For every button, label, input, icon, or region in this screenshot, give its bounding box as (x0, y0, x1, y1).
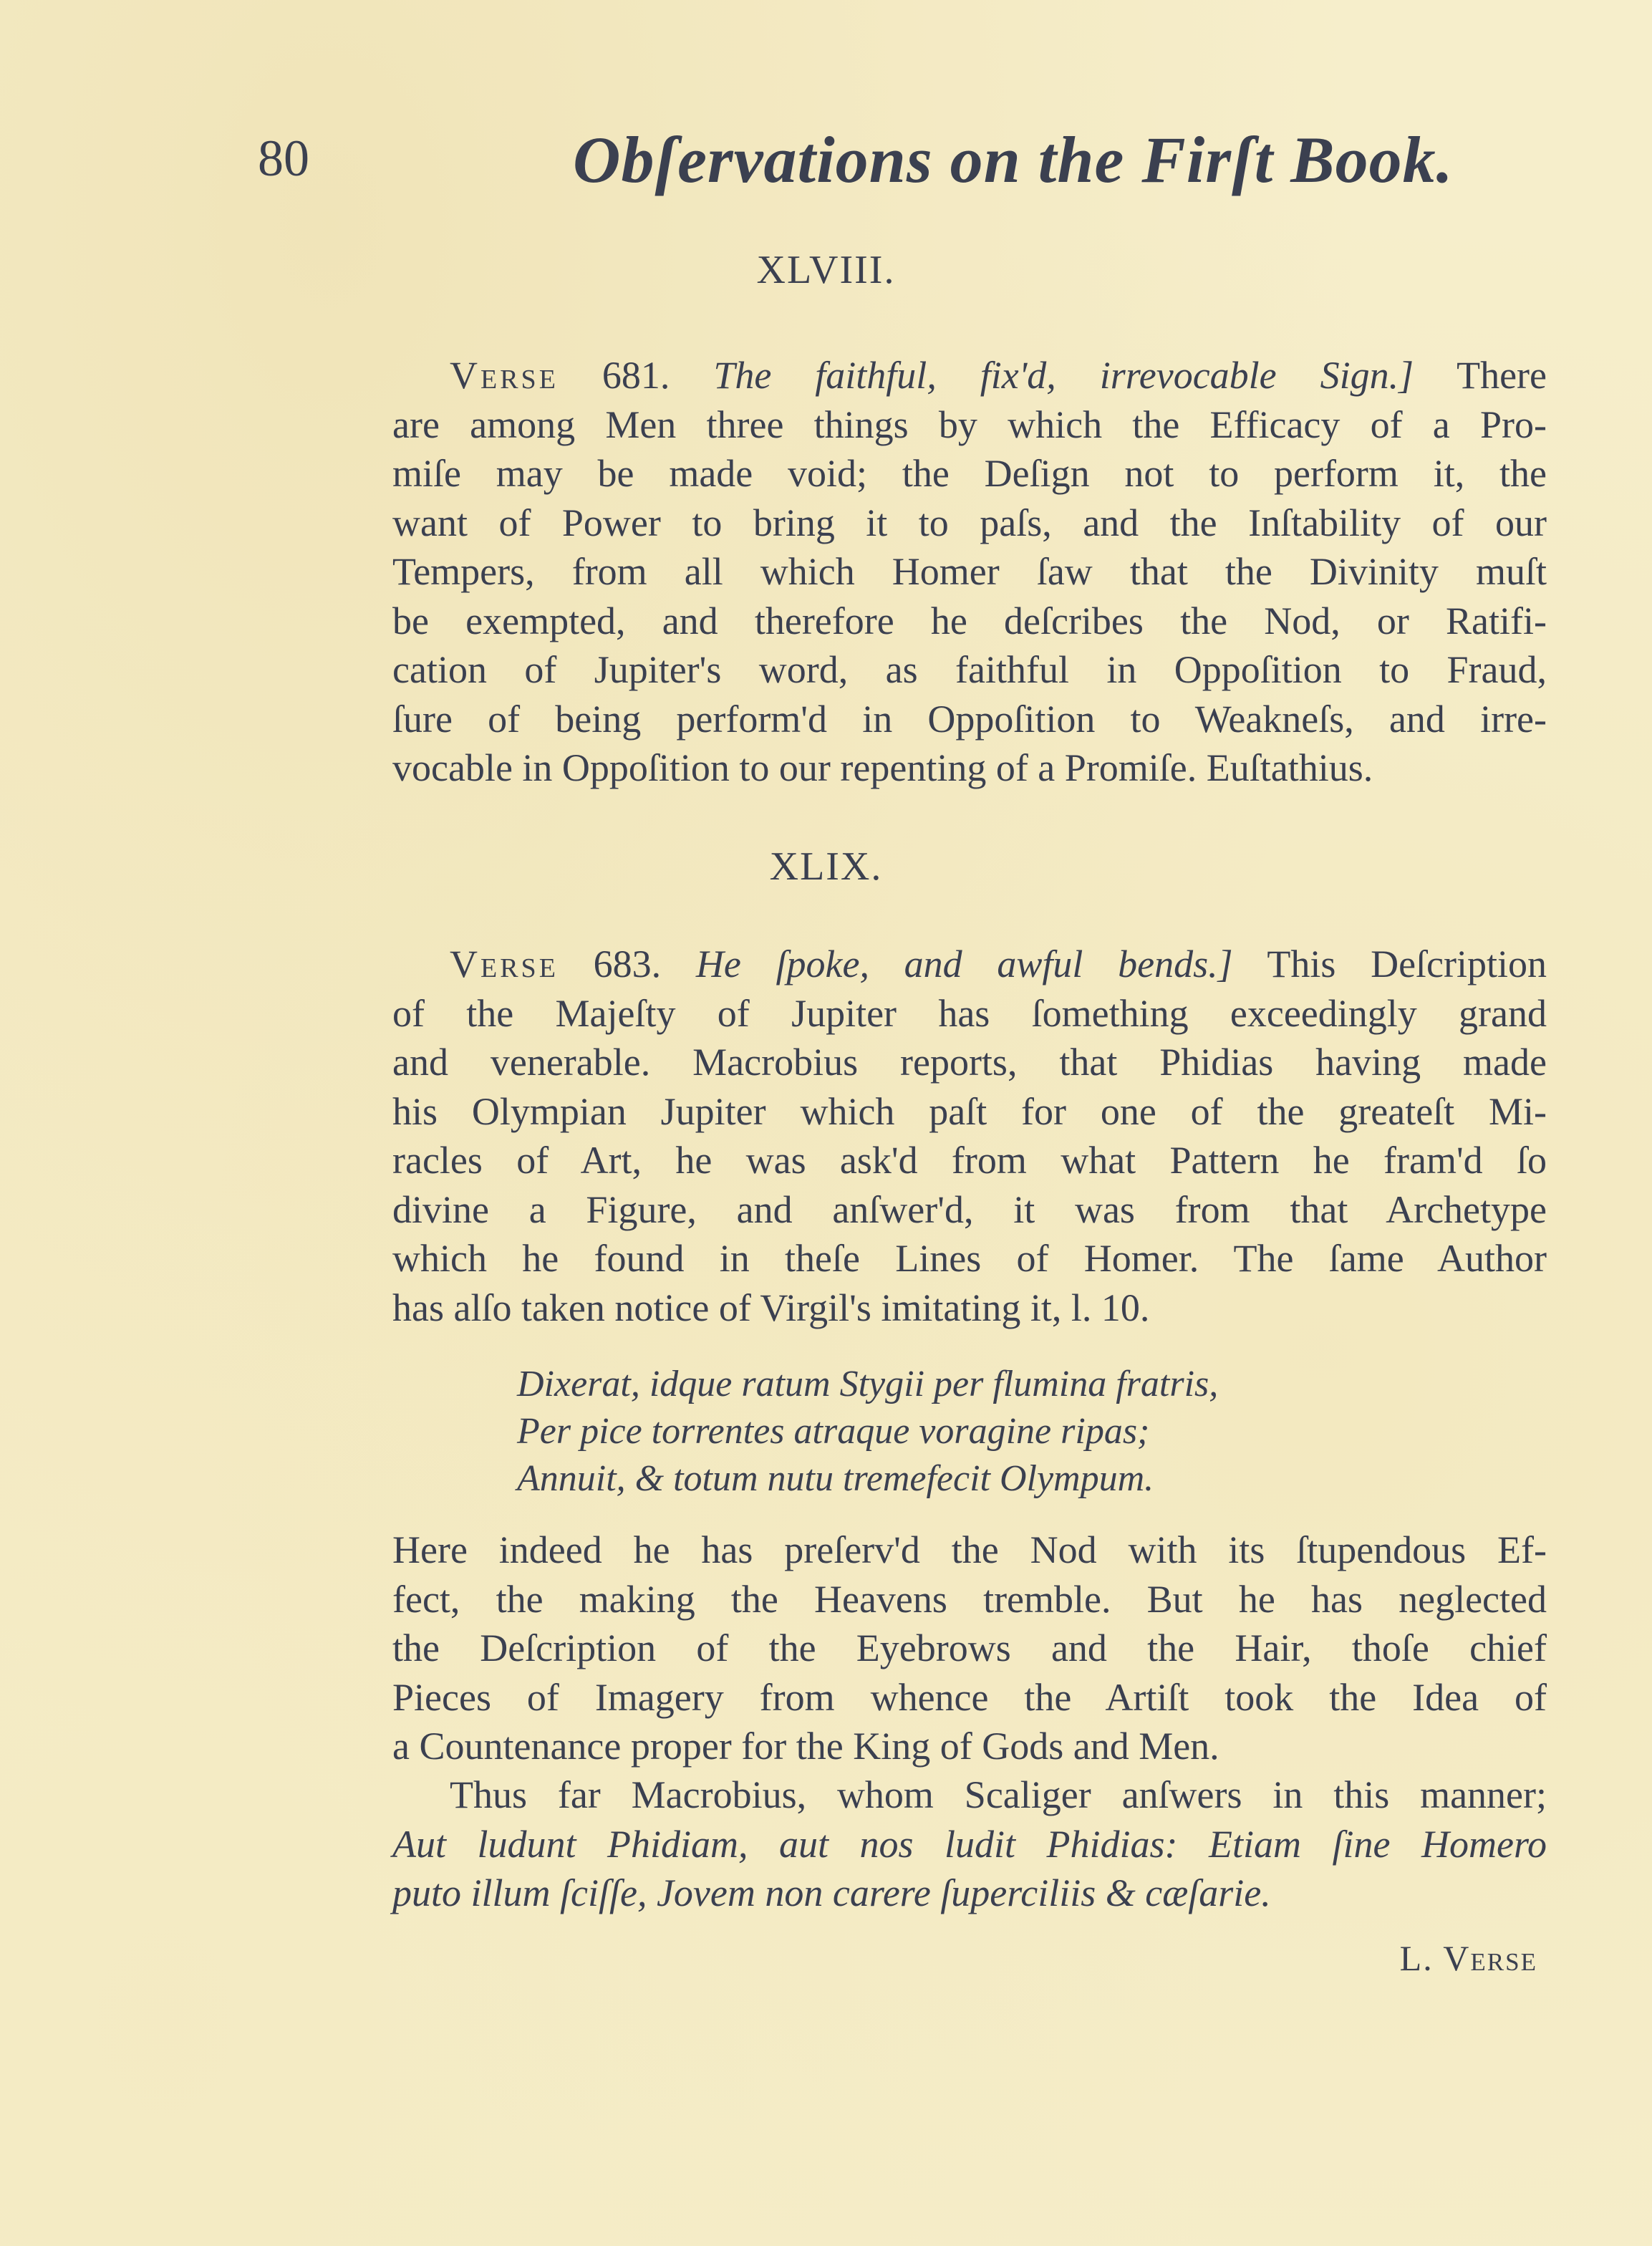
running-title: Obſervations on the Firſt Book. (573, 122, 1454, 198)
catchword: L. Verse (1400, 1937, 1537, 1979)
verse-lemma-line: Verse 683. He ſpoke, and awful bends.] T… (392, 940, 1547, 989)
verse-number: 683. (594, 943, 662, 985)
body-line: the Deſcription of the Eyebrows and the … (392, 1624, 1547, 1673)
body-line: of the Majeſty of Jupiter has ſomething … (392, 989, 1547, 1038)
latin-line: Aut ludunt Phidiam, aut nos ludit Phidia… (392, 1820, 1547, 1869)
body-line: vocable in Oppoſition to our repenting o… (392, 743, 1547, 793)
quotation-line: Annuit, & totum nutu tremefecit Olympum. (517, 1455, 1520, 1503)
body-line: Thus far Macrobius, whom Scaliger anſwer… (392, 1770, 1547, 1820)
latin-line: puto illum ſciſſe, Jovem non carere ſupe… (392, 1869, 1547, 1918)
verse-lemma: He ſpoke, and awful bends.] (696, 943, 1233, 985)
section-xlix-body: Verse 683. He ſpoke, and awful bends.] T… (392, 940, 1547, 1332)
verse-lemma: The faithful, fix'd, irrevocable Sign.] (713, 354, 1414, 397)
section-xlviii-body: Verse 681. The faithful, fix'd, irrevoca… (392, 351, 1547, 793)
body-line: which he found in theſe Lines of Homer. … (392, 1234, 1547, 1283)
body-line: fect, the making the Heavens tremble. Bu… (392, 1575, 1547, 1624)
body-text: This Deſcription (1233, 943, 1547, 985)
body-line: ſure of being perform'd in Oppoſition to… (392, 695, 1547, 744)
verse-label: Verse (450, 354, 559, 397)
body-text: There (1414, 354, 1547, 397)
quotation-line: Per pice torrentes atraque voragine ripa… (517, 1408, 1520, 1455)
body-line: cation of Jupiter's word, as faithful in… (392, 645, 1547, 695)
body-line: are among Men three things by which the … (392, 400, 1547, 450)
latin-quotation: Dixerat, idque ratum Stygii per flumina … (517, 1361, 1520, 1503)
quotation-line: Dixerat, idque ratum Stygii per flumina … (517, 1361, 1520, 1408)
section-number-xlviii: XLVIII. (0, 247, 1652, 293)
body-line: racles of Art, he was ask'd from what Pa… (392, 1136, 1547, 1185)
book-page: 80 Obſervations on the Firſt Book. XLVII… (0, 0, 1652, 2246)
after-quotation-paragraph: Here indeed he has preſerv'd the Nod wit… (392, 1526, 1547, 1771)
body-line: Here indeed he has preſerv'd the Nod wit… (392, 1526, 1547, 1575)
body-line: be exempted, and therefore he deſcribes … (392, 597, 1547, 646)
running-head: 80 Obſervations on the Firſt Book. (258, 122, 1547, 201)
verse-number: 681. (602, 354, 670, 397)
body-line: Pieces of Imagery from whence the Artiſt… (392, 1673, 1547, 1722)
body-line: Tempers, from all which Homer ſaw that t… (392, 547, 1547, 597)
body-line: has alſo taken notice of Virgil's imitat… (392, 1283, 1547, 1333)
verse-label: Verse (450, 943, 559, 985)
body-line: and venerable. Macrobius reports, that P… (392, 1038, 1547, 1087)
scaliger-paragraph: Thus far Macrobius, whom Scaliger anſwer… (392, 1770, 1547, 1918)
body-line: miſe may be made void; the Deſign not to… (392, 449, 1547, 498)
body-line: his Olympian Jupiter which paſt for one … (392, 1087, 1547, 1137)
body-line: divine a Figure, and anſwer'd, it was fr… (392, 1185, 1547, 1235)
body-line: a Countenance proper for the King of God… (392, 1722, 1547, 1771)
verse-lemma-line: Verse 681. The faithful, fix'd, irrevoca… (392, 351, 1547, 400)
page-number: 80 (258, 129, 309, 188)
section-number-xlix: XLIX. (0, 844, 1652, 890)
body-line: want of Power to bring it to paſs, and t… (392, 498, 1547, 548)
